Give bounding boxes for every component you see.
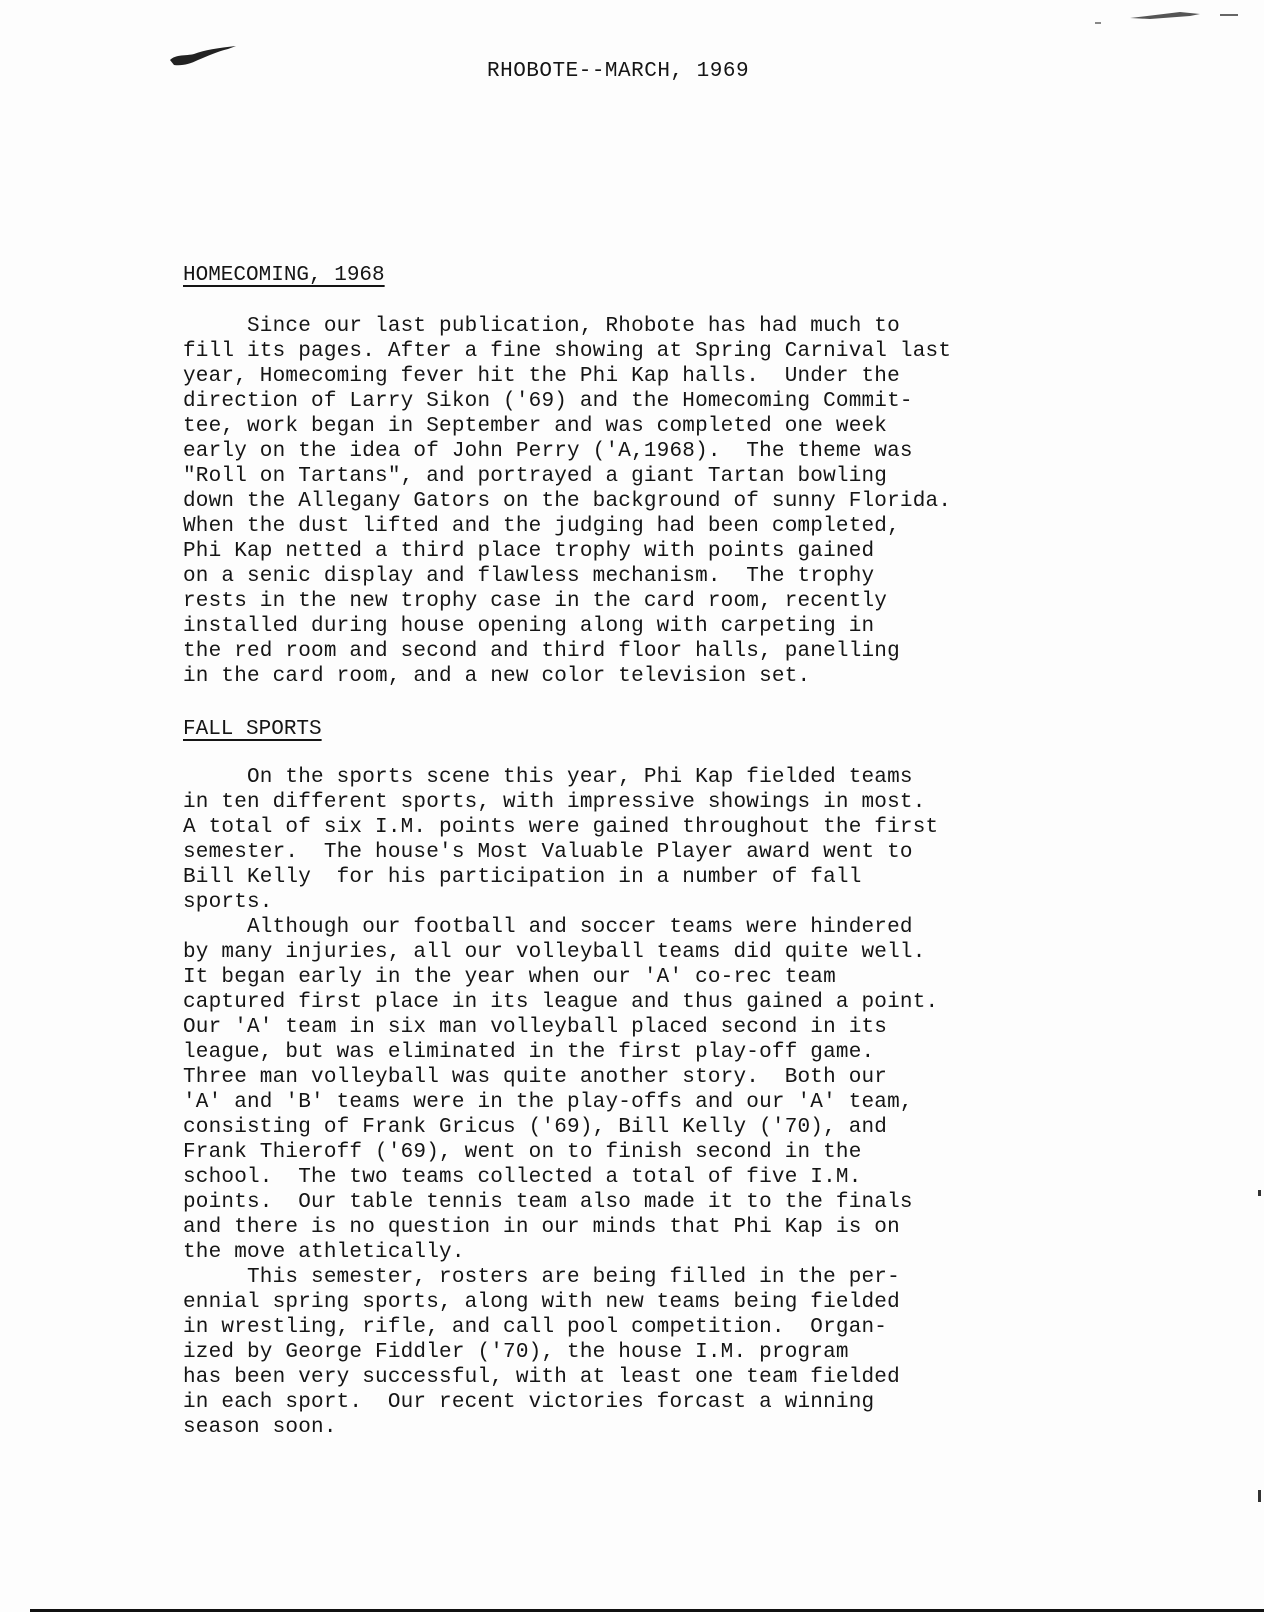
section-heading-fall-sports: FALL SPORTS: [183, 718, 322, 741]
text-line: fill its pages. After a fine showing at …: [183, 339, 951, 364]
text-line: has been very successful, with at least …: [183, 1365, 938, 1390]
text-line: rests in the new trophy case in the card…: [183, 589, 951, 614]
ink-blot-mark: [168, 44, 238, 68]
text-line: sports.: [183, 890, 938, 915]
text-line: Although our football and soccer teams w…: [183, 915, 938, 940]
page-header: RHOBOTE--MARCH, 1969: [487, 60, 749, 83]
text-line: This semester, rosters are being filled …: [183, 1265, 938, 1290]
text-line: on a senic display and flawless mechanis…: [183, 564, 951, 589]
text-line: semester. The house's Most Valuable Play…: [183, 840, 938, 865]
text-line: and there is no question in our minds th…: [183, 1215, 938, 1240]
text-line: Since our last publication, Rhobote has …: [183, 314, 951, 339]
text-line: league, but was eliminated in the first …: [183, 1040, 938, 1065]
document-page: RHOBOTE--MARCH, 1969 HOMECOMING, 1968 Si…: [0, 0, 1264, 1612]
text-line: When the dust lifted and the judging had…: [183, 514, 951, 539]
text-line: in each sport. Our recent victories forc…: [183, 1390, 938, 1415]
text-line: A total of six I.M. points were gained t…: [183, 815, 938, 840]
text-line: tee, work began in September and was com…: [183, 414, 951, 439]
text-line: direction of Larry Sikon ('69) and the H…: [183, 389, 951, 414]
text-line: year, Homecoming fever hit the Phi Kap h…: [183, 364, 951, 389]
text-line: "Roll on Tartans", and portrayed a giant…: [183, 464, 951, 489]
text-line: the red room and second and third floor …: [183, 639, 951, 664]
text-line: season soon.: [183, 1415, 938, 1440]
text-line: by many injuries, all our volleyball tea…: [183, 940, 938, 965]
scan-speck: [1258, 1190, 1261, 1196]
text-line: It began early in the year when our 'A' …: [183, 965, 938, 990]
scan-speck: [1258, 1490, 1261, 1502]
text-line: in ten different sports, with impressive…: [183, 790, 938, 815]
text-line: ized by George Fiddler ('70), the house …: [183, 1340, 938, 1365]
text-line: On the sports scene this year, Phi Kap f…: [183, 765, 938, 790]
text-line: in the card room, and a new color televi…: [183, 664, 951, 689]
text-line: ennial spring sports, along with new tea…: [183, 1290, 938, 1315]
section-heading-homecoming: HOMECOMING, 1968: [183, 264, 385, 287]
text-line: points. Our table tennis team also made …: [183, 1190, 938, 1215]
text-line: Phi Kap netted a third place trophy with…: [183, 539, 951, 564]
section-body-fall-sports: On the sports scene this year, Phi Kap f…: [183, 765, 938, 1440]
text-line: early on the idea of John Perry ('A,1968…: [183, 439, 951, 464]
scan-smudge-mark: [1090, 6, 1250, 26]
text-line: Three man volleyball was quite another s…: [183, 1065, 938, 1090]
text-line: the move athletically.: [183, 1240, 938, 1265]
text-line: consisting of Frank Gricus ('69), Bill K…: [183, 1115, 938, 1140]
text-line: Bill Kelly for his participation in a nu…: [183, 865, 938, 890]
text-line: 'A' and 'B' teams were in the play-offs …: [183, 1090, 938, 1115]
text-line: installed during house opening along wit…: [183, 614, 951, 639]
section-body-homecoming: Since our last publication, Rhobote has …: [183, 314, 951, 689]
text-line: Our 'A' team in six man volleyball place…: [183, 1015, 938, 1040]
text-line: down the Allegany Gators on the backgrou…: [183, 489, 951, 514]
text-line: in wrestling, rifle, and call pool compe…: [183, 1315, 938, 1340]
text-line: Frank Thieroff ('69), went on to finish …: [183, 1140, 938, 1165]
text-line: captured first place in its league and t…: [183, 990, 938, 1015]
text-line: school. The two teams collected a total …: [183, 1165, 938, 1190]
